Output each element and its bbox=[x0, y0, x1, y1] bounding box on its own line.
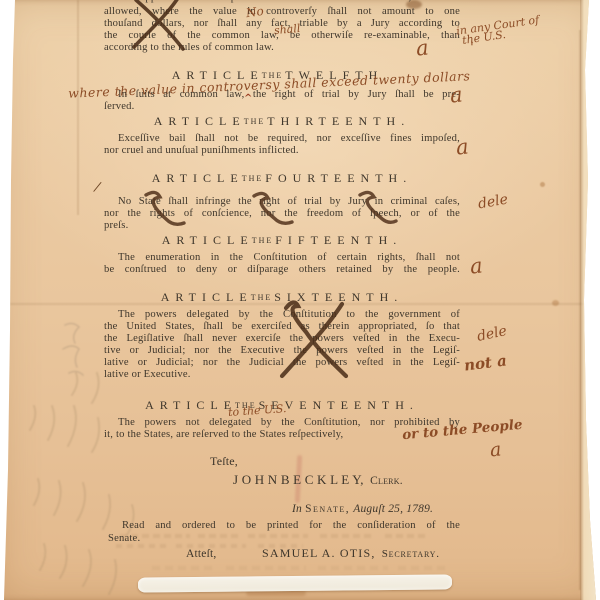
read-ordered-line: Read and ordered to be printed for the c… bbox=[108, 520, 460, 533]
deletion-squiggles bbox=[132, 191, 402, 227]
not-a-annotation: not a bbox=[463, 351, 508, 374]
senate-date: Auguſt 25, 1789. bbox=[353, 503, 433, 515]
secretary-title: Secretary. bbox=[382, 548, 440, 560]
clerk-title: Clerk. bbox=[370, 475, 403, 487]
paper-sheet: No appeal to the Supreme Court of the Un… bbox=[0, 0, 600, 600]
teste-label: Teſte, bbox=[210, 455, 310, 468]
pencil-marks bbox=[55, 315, 105, 381]
dele-annotation: dele bbox=[476, 323, 509, 345]
secretary-name: SAMUEL A. OTIS, bbox=[262, 546, 376, 560]
in-word: In bbox=[292, 503, 302, 515]
letter-a-annotation: a bbox=[449, 84, 464, 105]
tape-repair-strip bbox=[138, 574, 452, 592]
clerk-signature-line: J O H N B E C K L E Y, Clerk. bbox=[233, 474, 493, 487]
foxing-spot bbox=[552, 300, 559, 306]
article-heading-thirteenth: ARTICLETHETHIRTEENTH. bbox=[104, 112, 460, 127]
read-ordered-line-2: Senate. bbox=[108, 533, 464, 546]
insert-no-annotation: No bbox=[245, 4, 265, 20]
letter-a-annotation: a bbox=[469, 255, 484, 276]
letter-a-annotation: a bbox=[455, 136, 470, 157]
printed-line: nor cruel and unuſual puniſhments inflic… bbox=[104, 145, 460, 158]
letter-a-annotation: a bbox=[489, 439, 502, 460]
article-heading-fourteenth: ARTICLETHEFOURTEENTH. bbox=[104, 169, 460, 184]
apostrophe-mark: ' bbox=[470, 40, 474, 56]
tick-mark: / bbox=[93, 180, 100, 196]
document-scan: No appeal to the Supreme Court of the Un… bbox=[0, 0, 600, 600]
article-heading-fifteenth: ARTICLETHEFIFTEENTH. bbox=[104, 231, 460, 246]
secretary-signature-line: SAMUEL A. OTIS, Secretary. bbox=[262, 547, 492, 560]
clerk-name: J O H N B E C K L E Y, bbox=[233, 472, 364, 487]
strike-x-mark bbox=[126, 0, 192, 54]
caret-mark: ^ bbox=[244, 93, 252, 104]
strike-x-mark-large bbox=[272, 298, 358, 382]
insert-shall-annotation: shall bbox=[273, 22, 300, 37]
senate-date-line: In Senate, Auguſt 25, 1789. bbox=[292, 503, 512, 516]
dele-annotation: dele bbox=[477, 192, 509, 213]
foxing-spot bbox=[540, 182, 545, 187]
printed-line: be conſtrued to deny or diſparage others… bbox=[104, 264, 460, 277]
letter-a-annotation: a bbox=[415, 37, 430, 58]
fold-crease-vertical bbox=[77, 0, 79, 215]
worn-right-edge bbox=[580, 0, 596, 600]
senate-word: Senate, bbox=[305, 503, 350, 515]
